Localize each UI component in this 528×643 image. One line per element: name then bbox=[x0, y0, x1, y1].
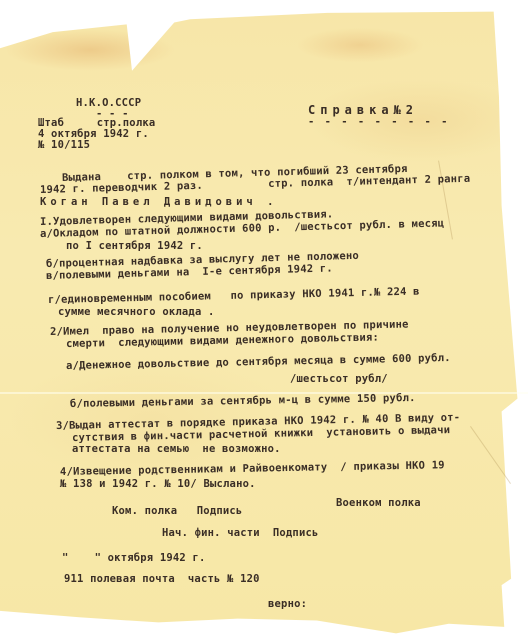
field-post-line: 911 полевая почта часть № 120 bbox=[64, 573, 260, 585]
section-4-line-1: 4/Извещение родственникам и Райвоенкомат… bbox=[60, 459, 445, 478]
section-1g-line-1: г/единовременным пособием по приказу НКО… bbox=[48, 286, 420, 306]
header-number: № 10/115 bbox=[38, 139, 90, 151]
section-1g-line-2: сумме месячного оклада . bbox=[58, 306, 215, 318]
commissar-signature-label: Военком полка bbox=[336, 497, 421, 509]
signature-date-line: " " октября 1942 г. bbox=[62, 552, 205, 564]
section-4-line-2: № 138 и 1942 г. № 10/ Выслано. bbox=[60, 478, 256, 490]
commander-signature-line: Ком. полка Подпись bbox=[112, 505, 242, 517]
section-2b-line: б/полевыми деньгами за сентябрь м-ц в су… bbox=[70, 392, 416, 410]
section-2a-line-2: /шестьсот рубл/ bbox=[290, 373, 388, 385]
document-title-underline: - - - - - - - - - bbox=[308, 116, 449, 128]
section-1a-line-2: по I сентября 1942 г. bbox=[66, 240, 203, 252]
section-2a-line-1: а/Денежное довольствие до сентября месяц… bbox=[66, 352, 451, 372]
certified-label: верно: bbox=[268, 598, 307, 610]
document-title: Справка№2 bbox=[308, 103, 418, 117]
section-3-line-3: аттестата на семью не возможно. bbox=[72, 443, 281, 455]
certificate-document: Н.К.О.СССР - - - Штаб стр.полка 4 октябр… bbox=[0, 0, 528, 643]
finance-chief-signature-line: Нач. фин. части Подпись bbox=[162, 527, 319, 539]
person-name: Коган Павел Давидович . bbox=[40, 196, 277, 208]
